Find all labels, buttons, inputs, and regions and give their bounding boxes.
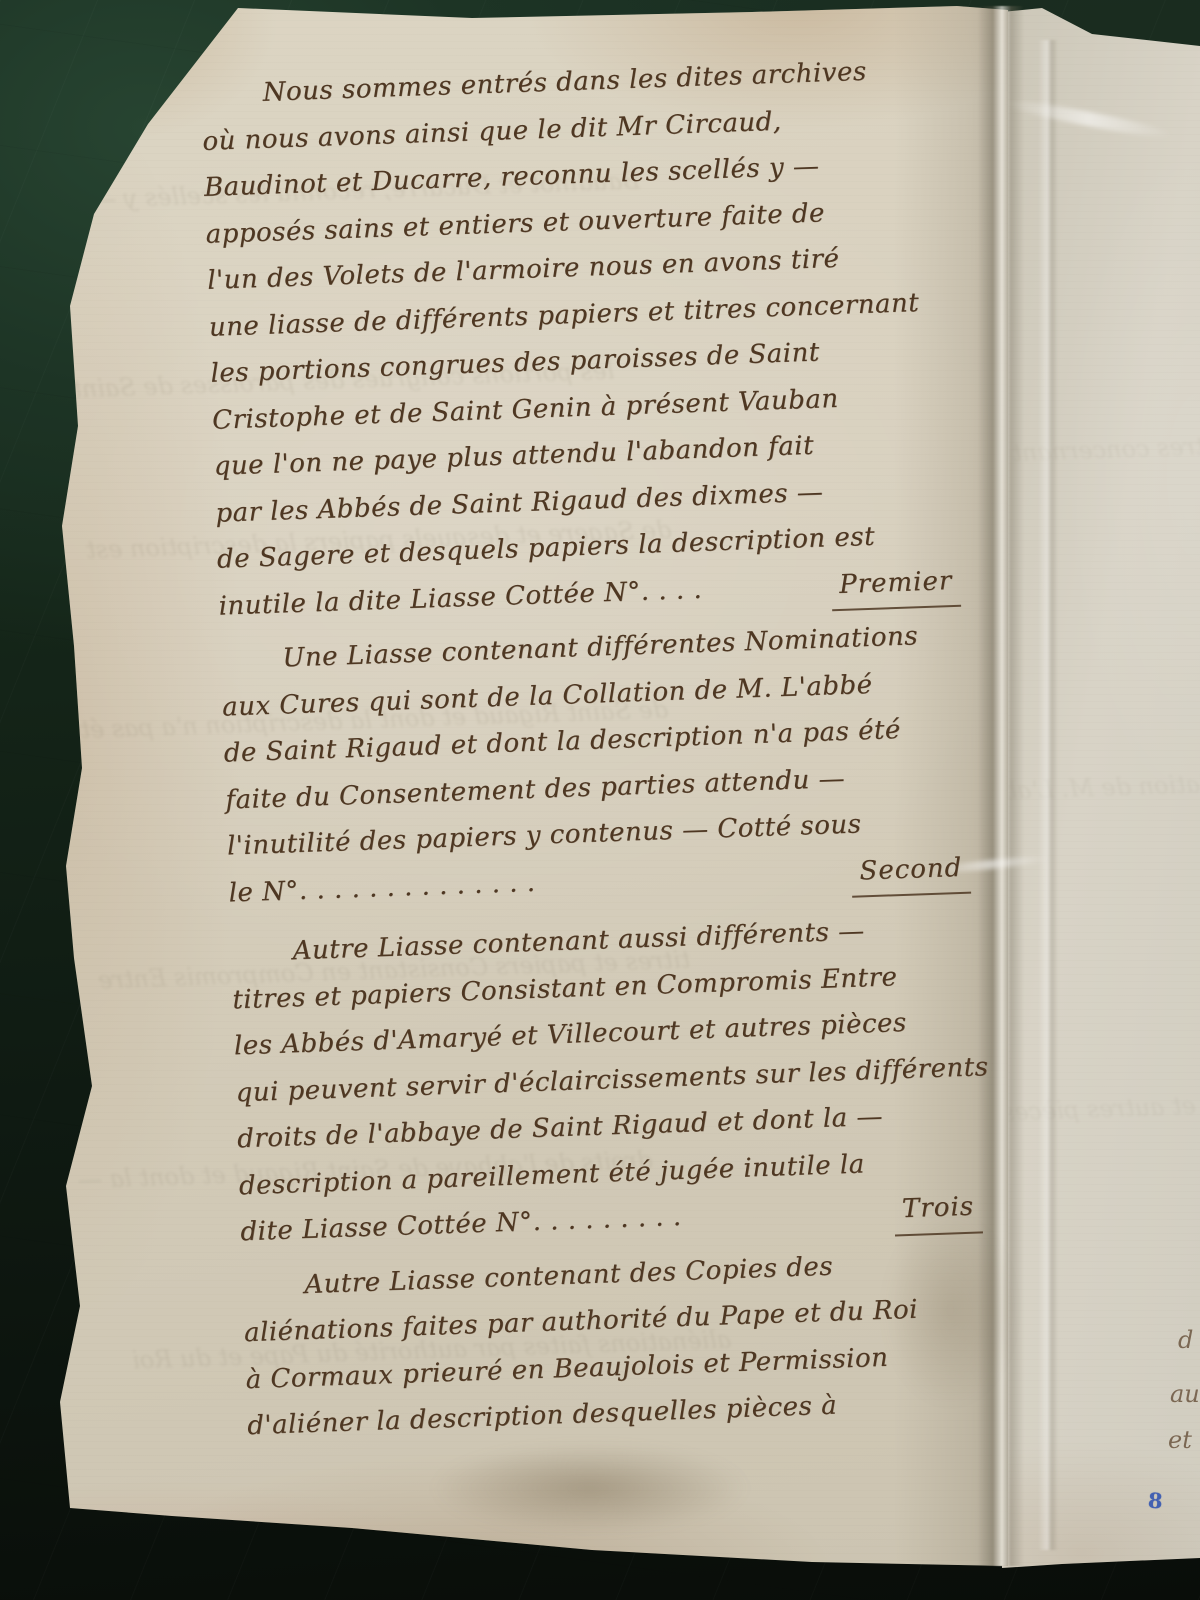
cote-label-second: Second bbox=[851, 844, 971, 898]
cote-label-trois: Trois bbox=[893, 1183, 983, 1236]
cutoff-ink-fragment: et bbox=[1168, 1426, 1192, 1454]
line-text: le N°. . . . . . . . . . . . . . bbox=[228, 859, 536, 916]
page-number-mark: 8 bbox=[1147, 1488, 1163, 1514]
photograph-of-manuscript: une liasse de différents papiers et titr… bbox=[0, 0, 1200, 1600]
cutoff-ink-fragment: d bbox=[1178, 1326, 1193, 1354]
cutoff-ink-fragment: au bbox=[1170, 1380, 1200, 1408]
manuscript-text: Nous sommes entrés dans les dites archiv… bbox=[200, 46, 990, 1450]
bleedthrough-text: les Abbés d'Amaryé et Villecourt et autr… bbox=[1002, 1078, 1200, 1127]
bleedthrough-text: une liasse de différents papiers et titr… bbox=[1012, 417, 1200, 467]
adjacent-page: une liasse de différents papiers et titr… bbox=[1002, 8, 1200, 1568]
cote-label-premier: Premier bbox=[830, 557, 961, 611]
